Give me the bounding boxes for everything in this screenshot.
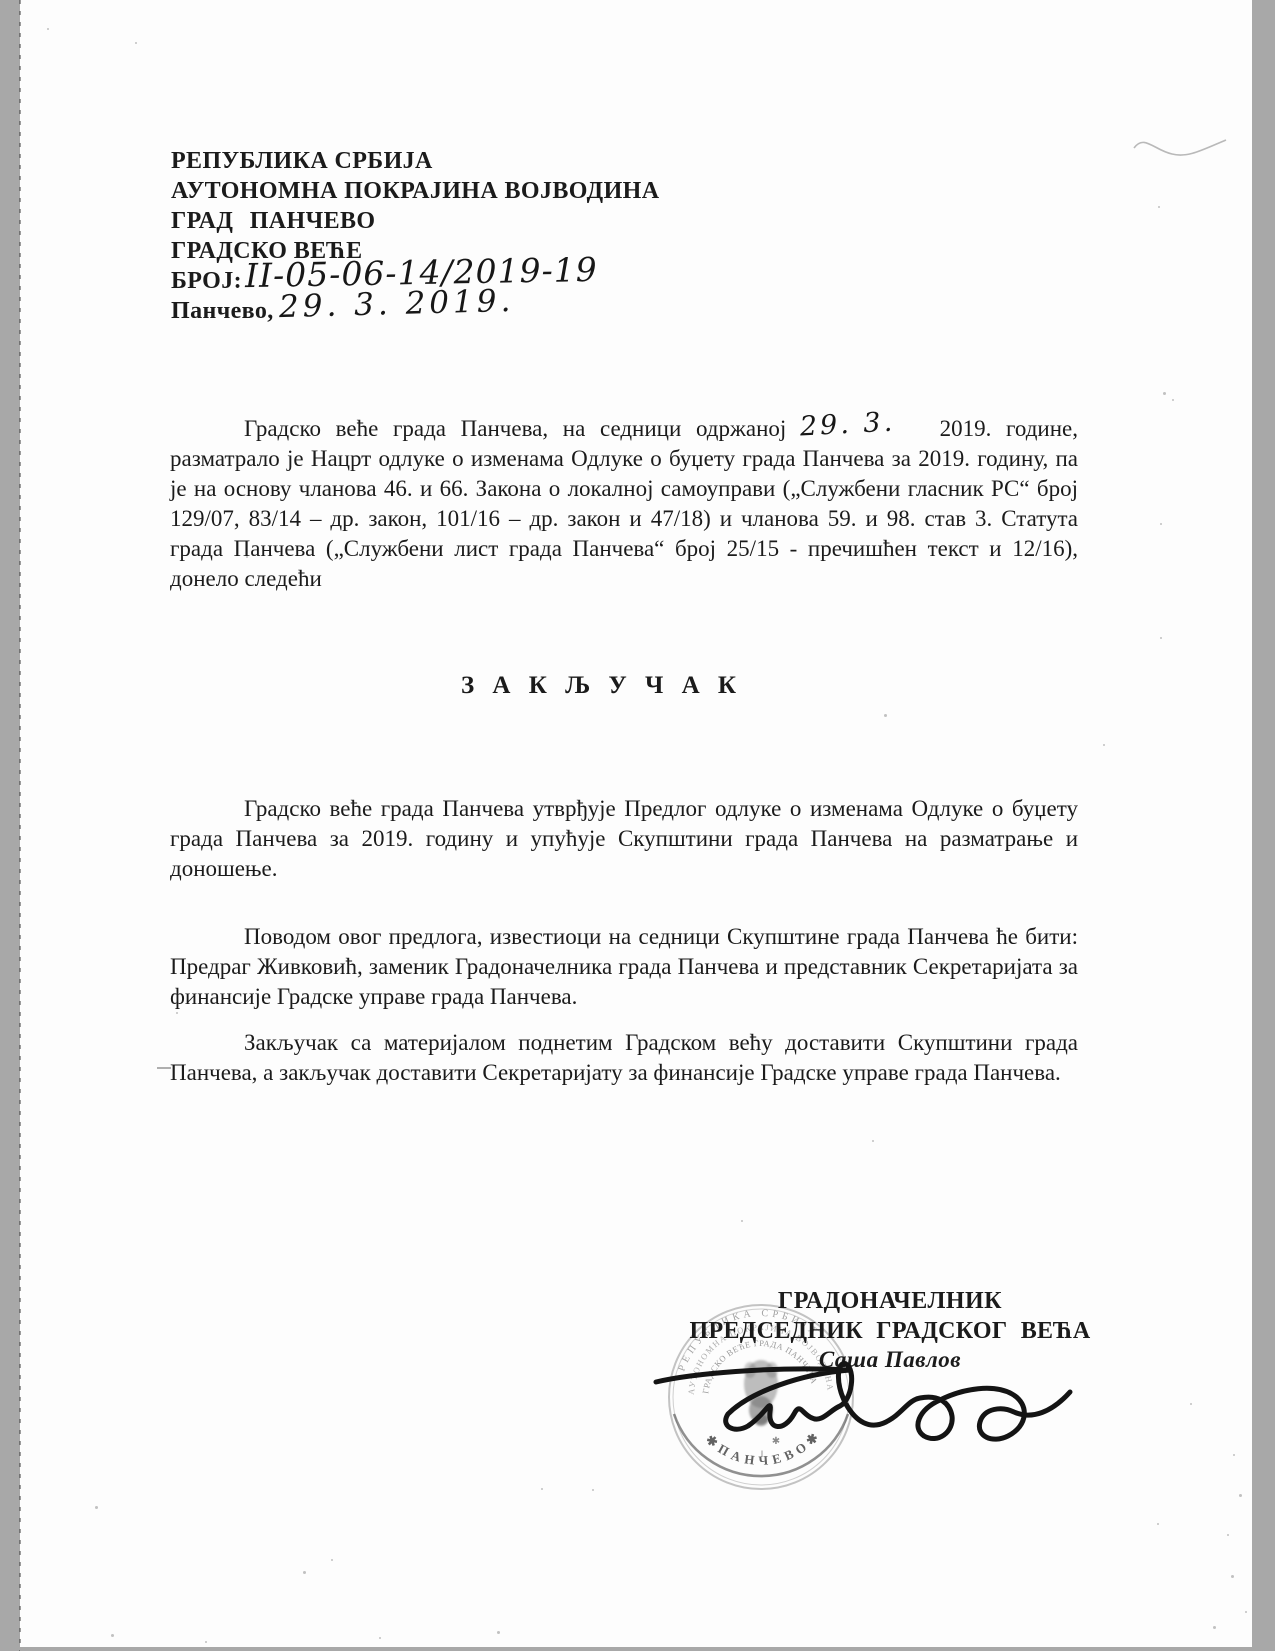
scan-speck — [47, 28, 49, 30]
scan-speck — [331, 1559, 333, 1561]
scanned-document-page: РЕПУБЛИКА СРБИЈА АУТОНОМНА ПОКРАЈИНА ВОЈ… — [0, 0, 1275, 1651]
scan-edge-bottom — [20, 1647, 1252, 1651]
scan-speck — [1158, 206, 1160, 208]
scan-speck — [1239, 1494, 1242, 1497]
place-label: Панчево, — [171, 298, 274, 324]
scan-speck — [1233, 1454, 1235, 1456]
scan-speck — [303, 1571, 306, 1574]
paragraph-intro: Градско веће града Панчева, на седници о… — [170, 414, 1078, 594]
date-handwritten: 29. 3. 2019. — [279, 286, 515, 322]
session-date-handwritten: 29. 3. — [799, 409, 896, 441]
scan-speck — [1157, 1523, 1159, 1525]
scan-edge-left — [0, 0, 20, 1651]
scan-speck — [1231, 1575, 1234, 1578]
scan-speck — [872, 1140, 874, 1142]
scan-speck — [1163, 392, 1166, 395]
scan-speck — [1103, 744, 1105, 746]
scan-edge-right — [1252, 0, 1275, 1651]
scan-speck — [176, 1012, 178, 1014]
paragraph-decision: Градско веће града Панчева утврђује Пред… — [170, 794, 1078, 884]
scan-speck — [1213, 1626, 1216, 1629]
scan-squiggle-mark — [1128, 128, 1238, 172]
scan-speck — [379, 1637, 381, 1639]
scan-speck — [1160, 637, 1162, 639]
scan-scratch-mark — [157, 1067, 171, 1069]
scan-speck — [1227, 1534, 1229, 1536]
letterhead-line-city: ГРАД ПАНЧЕВО — [171, 206, 659, 236]
letterhead-line-province: АУТОНОМНА ПОКРАЈИНА ВОЈВОДИНА — [171, 176, 659, 206]
scan-speck — [1190, 1403, 1192, 1405]
paragraph-intro-after: 2019. године, разматрало је Нацрт одлуке… — [170, 416, 1078, 591]
paragraph-delivery: Закључак са материјалом поднетим Градско… — [170, 1028, 1078, 1088]
signatory-title-president: ПРЕДСЕДНИК ГРАДСКОГ ВЕЋА — [640, 1316, 1140, 1346]
scan-speck — [741, 1220, 743, 1222]
scan-speck — [205, 1641, 207, 1643]
scan-speck — [497, 1631, 500, 1634]
scan-speck — [1160, 523, 1162, 525]
scan-speck — [592, 1489, 594, 1491]
paragraph-rapporteurs: Поводом овог предлога, известиоци на сед… — [170, 922, 1078, 1012]
letterhead: РЕПУБЛИКА СРБИЈА АУТОНОМНА ПОКРАЈИНА ВОЈ… — [171, 146, 659, 326]
case-number-label: БРОЈ: — [171, 268, 242, 294]
handwritten-signature — [650, 1352, 1080, 1467]
conclusion-heading: З А К Љ У Ч А К — [170, 672, 1030, 700]
scan-speck — [1245, 1611, 1247, 1613]
paragraph-intro-before: Градско веће града Панчева, на седници о… — [244, 416, 786, 441]
letterhead-line-republic: РЕПУБЛИКА СРБИЈА — [171, 146, 659, 176]
signatory-title-mayor: ГРАДОНАЧЕЛНИК — [640, 1286, 1140, 1316]
scan-speck — [95, 1506, 98, 1509]
scan-speck — [111, 1634, 114, 1637]
scan-speck — [135, 42, 137, 44]
scan-speck — [884, 714, 887, 717]
scan-speck — [541, 1488, 543, 1490]
scan-speck — [1172, 399, 1174, 401]
